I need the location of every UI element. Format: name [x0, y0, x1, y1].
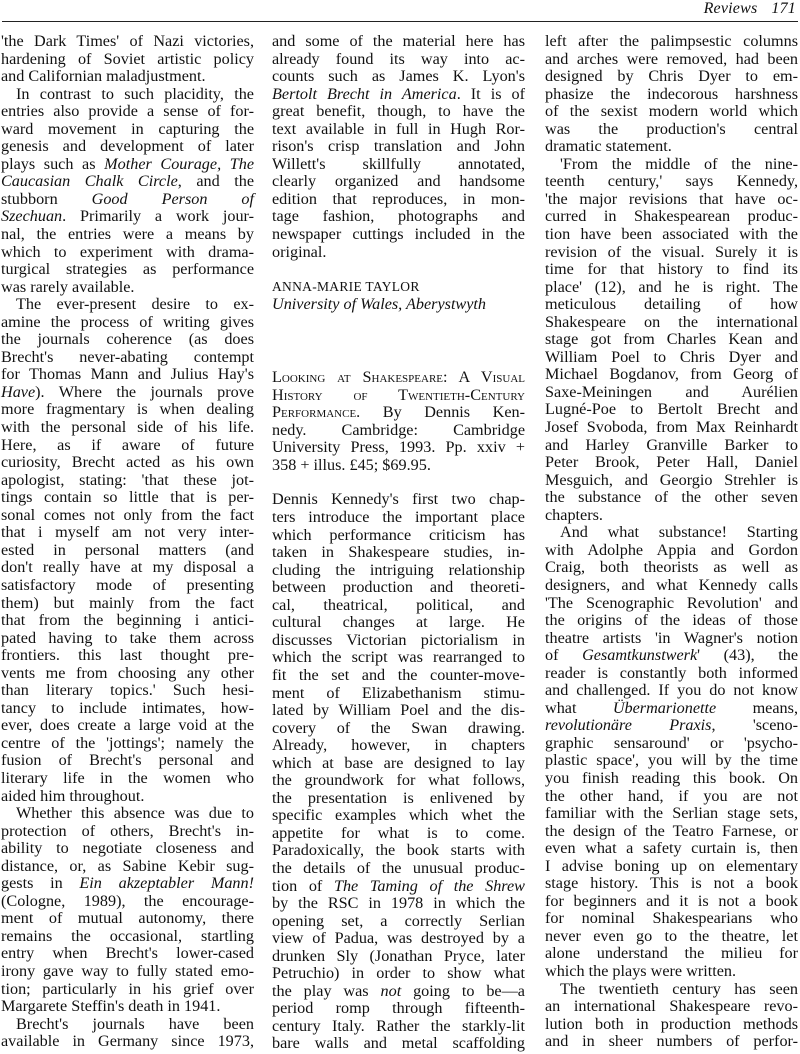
text-line: text available in full in Hugh Ror-	[272, 121, 525, 139]
emphasis: not	[381, 982, 402, 1000]
text-fragment: ). Where the journals prove	[35, 383, 254, 401]
text-line: Petruchio) in order to show what	[272, 965, 525, 983]
text-line: The twentieth century has seen	[545, 981, 798, 999]
text-line: them) but mainly from the fact	[1, 595, 254, 613]
text-line: discusses Victorian pictorialism in	[272, 632, 525, 650]
text-line: Dennis Kennedy's first two chap-	[272, 491, 525, 509]
text-line: the presentation is enlivened by	[272, 790, 525, 808]
text-line: Szechuan. Primarily a work jour-	[1, 208, 254, 226]
text-line: sonal comes not only from the fact	[1, 507, 254, 525]
foreign-term: revolutionäre Praxis	[545, 716, 711, 734]
text-line: In contrast to such placidity, the	[1, 86, 254, 104]
book-title-line: Looking at Shakespeare: A Visual	[272, 369, 525, 387]
play-title: The Taming of the Shrew	[334, 877, 525, 895]
text-line: entry when Brecht's lower-cased	[1, 945, 254, 963]
text-line: Craig, both theorists as well as	[545, 559, 798, 577]
text-line: graphic sensaround' or 'psycho-	[545, 735, 798, 753]
text-line: ability to negotiate closeness and	[1, 840, 254, 858]
book-title-line: Performance. By Dennis Ken-	[272, 404, 525, 422]
text-line: and Californian maladjustment.	[1, 68, 254, 86]
reviewer-name: ANNA-MARIE TAYLOR	[272, 278, 525, 296]
text-line: the design of the Teatro Farnese, or	[545, 823, 798, 841]
text-fragment: , and the	[178, 172, 254, 190]
text-line: Here, as if aware of future	[1, 437, 254, 455]
text-line: covery of the Swan drawing.	[272, 720, 525, 738]
text-line: nal, the entries were a means by	[1, 226, 254, 244]
text-line: amine the process of writing gives	[1, 314, 254, 332]
text-line: Saxe-Meiningen and Aurélien	[545, 384, 798, 402]
text-line: Paradoxically, the book starts with	[272, 842, 525, 860]
text-line: tage fashion, photographs and	[272, 208, 525, 226]
text-line: ward movement in capturing the	[1, 121, 254, 139]
text-line: which the plays were written.	[545, 963, 798, 981]
text-line: stubborn Good Person of	[1, 191, 254, 209]
text-fragment: . It is of	[457, 85, 525, 103]
text-line: what Übermarionette means,	[545, 700, 798, 718]
book-price: 358 + illus. £45; $69.95.	[272, 457, 525, 475]
book-title: Ein akzeptabler Mann!	[79, 874, 254, 892]
text-line: time for that history to find its	[545, 261, 798, 279]
text-line: plays such as Mother Courage, The	[1, 156, 254, 174]
text-line: curiosity, Brecht acted as his own	[1, 454, 254, 472]
text-line: for Thomas Mann and Julius Hay's	[1, 366, 254, 384]
text-line: Caucasian Chalk Circle, and the	[1, 173, 254, 191]
text-line: fusion of Brecht's personal and	[1, 752, 254, 770]
text-line: tancy to include intimates, how-	[1, 700, 254, 718]
text-line: Already, however, in chapters	[272, 737, 525, 755]
text-line: period romp through fifteenth-	[272, 1000, 525, 1018]
play-title: Szechuan	[1, 207, 62, 225]
text-line: clearly organized and handsome	[272, 173, 525, 191]
text-line: ment of Elizabethanism stimu-	[272, 685, 525, 703]
text-fragment: , 'sceno-	[711, 716, 798, 734]
text-line: appetite for what is to come.	[272, 825, 525, 843]
text-line: plastic space', you will by the time	[545, 752, 798, 770]
text-fragment: plays such as	[1, 155, 104, 173]
text-line: drunken Sly (Jonathan Pryce, later	[272, 948, 525, 966]
text-line: cluding the intriguing relationship	[272, 562, 525, 580]
text-line: the substance of the other seven	[545, 489, 798, 507]
text-line: with Adolphe Appia and Gordon	[545, 542, 798, 560]
text-line: the groundwork for what follows,	[272, 772, 525, 790]
text-line: fit the set and the counter-move-	[272, 667, 525, 685]
text-line: 'the Dark Times' of Nazi victories,	[1, 33, 254, 51]
text-line: Brecht's never-abating contempt	[1, 349, 254, 367]
book-title-fragment: Performance.	[272, 403, 360, 421]
text-line: Bertolt Brecht in America. It is of	[272, 86, 525, 104]
text-line: edition that reproduces, in mon-	[272, 191, 525, 209]
page-number: 171	[771, 0, 796, 17]
text-fragment: what	[545, 699, 613, 717]
text-line: and some of the material here has	[272, 33, 525, 51]
play-title: Good Person of	[92, 190, 254, 208]
text-line: the details of the unusual produc-	[272, 860, 525, 878]
play-title: Mother Courage, The	[104, 155, 254, 173]
text-line: 'From the middle of the nine-	[545, 156, 798, 174]
book-publisher: nedy. Cambridge: Cambridge	[272, 422, 525, 440]
book-title: Bertolt Brecht in America	[272, 85, 457, 103]
text-line: ters introduce the important place	[272, 509, 525, 527]
text-line: never even go to the theatre, let	[545, 928, 798, 946]
text-line: lution both in production methods	[545, 1016, 798, 1034]
text-line: theatre artists 'in Wagner's notion	[545, 630, 798, 648]
text-fragment: of	[545, 646, 582, 664]
text-line: stage history. This is not a book	[545, 875, 798, 893]
text-line: and arches were removed, had been	[545, 51, 798, 69]
text-line: don't really have at my disposal a	[1, 559, 254, 577]
text-line: centre of the 'jottings'; namely the	[1, 735, 254, 753]
text-line: Have). Where the journals prove	[1, 384, 254, 402]
text-line: teenth century,' says Kennedy,	[545, 173, 798, 191]
play-title: Have	[1, 383, 35, 401]
reviewer-affiliation: University of Wales, Aberystwyth	[272, 296, 525, 314]
text-line: the other hand, if you are not	[545, 788, 798, 806]
text-fragment: the play was	[272, 982, 381, 1000]
text-line: irony gave way to fully stated emo-	[1, 963, 254, 981]
text-line: century Italy. Rather the starkly-lit	[272, 1018, 525, 1036]
text-line: tion have been associated with the	[545, 226, 798, 244]
text-line: Josef Svoboda, from Max Reinhardt	[545, 419, 798, 437]
text-line: by the RSC in 1978 in which the	[272, 895, 525, 913]
text-line: than literary topics.' Such hesi-	[1, 682, 254, 700]
text-line: that from the beginning i antici-	[1, 612, 254, 630]
text-line: hardening of Soviet artistic policy	[1, 51, 254, 69]
text-line: Brecht's journals have been	[1, 1016, 254, 1034]
text-line: stage got from Charles Kean and	[545, 331, 798, 349]
text-line: Margarete Steffin's death in 1941.	[1, 998, 254, 1016]
text-line: dramatic statement.	[545, 138, 798, 156]
text-line: satisfactory mode of presenting	[1, 577, 254, 595]
text-line: which the script was rearranged to	[272, 649, 525, 667]
text-line: remains the occasional, startling	[1, 928, 254, 946]
text-line: place' (12), and he is right. The	[545, 279, 798, 297]
text-line: turgical strategies as performance	[1, 261, 254, 279]
text-line: newspaper cuttings included in the	[272, 226, 525, 244]
text-line: between production and theoreti-	[272, 579, 525, 597]
text-line: ment of mutual autonomy, there	[1, 910, 254, 928]
text-line: I advise boning up on elementary	[545, 858, 798, 876]
text-line: tion; particularly in his grief over	[1, 981, 254, 999]
text-line: distance, or, as Sabine Kebir sug-	[1, 858, 254, 876]
text-line: which at base are designed to lay	[272, 755, 525, 773]
text-line: vents me from choosing any other	[1, 665, 254, 683]
text-line: ested in personal matters (and	[1, 542, 254, 560]
text-line: left after the palimpsestic columns	[545, 33, 798, 51]
text-line: Whether this absence was due to	[1, 805, 254, 823]
text-fragment: going to be—a	[401, 982, 525, 1000]
book-publisher: University Press, 1993. Pp. xxiv +	[272, 439, 525, 457]
text-line: view of Padua, was destroyed by a	[272, 930, 525, 948]
text-line: even what a safety curtain is, then	[545, 840, 798, 858]
text-line: more fragmentary is when dealing	[1, 401, 254, 419]
text-fragment: tion of	[272, 877, 334, 895]
text-line: William Poel to Chris Dyer and	[545, 349, 798, 367]
text-line: aided him throughout.	[1, 788, 254, 806]
text-line: gests in Ein akzeptabler Mann!	[1, 875, 254, 893]
text-line: The ever-present desire to ex-	[1, 296, 254, 314]
text-line: great benefit, though, to have the	[272, 103, 525, 121]
text-line: already found its way into ac-	[272, 51, 525, 69]
text-line: ever, does create a large void at the	[1, 717, 254, 735]
book-title-line: History of Twentieth-Century	[272, 387, 525, 405]
text-line: that i myself am not very inter-	[1, 524, 254, 542]
text-line: for nominal Shakespearians who	[545, 910, 798, 928]
text-line: taken in Shakespeare studies, in-	[272, 544, 525, 562]
text-line: tings contain so little that is per-	[1, 489, 254, 507]
text-line: Mesguich, and Georgio Strehler is	[545, 472, 798, 490]
foreign-term: Gesamtkunstwerk	[582, 646, 697, 664]
text-line: frontiers. this last thought pre-	[1, 647, 254, 665]
text-line: was the production's central	[545, 121, 798, 139]
text-line: 'The Scenographic Revolution' and	[545, 595, 798, 613]
text-line: Shakespeare on the international	[545, 314, 798, 332]
text-fragment: means,	[716, 699, 798, 717]
text-line: revolutionäre Praxis, 'sceno-	[545, 717, 798, 735]
text-line: curred in Shakespearean produc-	[545, 208, 798, 226]
text-line: the origins of the ideas of those	[545, 612, 798, 630]
text-line: tion of The Taming of the Shrew	[272, 878, 525, 896]
text-fragment: . Primarily a work jour-	[62, 207, 254, 225]
review-body: Dennis Kennedy's first two chap- ters in…	[272, 491, 525, 1053]
text-line: And what substance! Starting	[545, 524, 798, 542]
text-line: designed by Chris Dyer to em-	[545, 68, 798, 86]
text-fragment: ' (43), the	[697, 646, 798, 664]
text-line: cultural changes at large. He	[272, 614, 525, 632]
book-author: By Dennis Ken-	[360, 403, 525, 421]
text-line: rison's crisp translation and John	[272, 138, 525, 156]
play-title: Caucasian Chalk Circle	[1, 172, 178, 190]
text-line: entries also provide a sense of for-	[1, 103, 254, 121]
text-line: pated having to take them across	[1, 630, 254, 648]
text-line: and Harley Granville Barker to	[545, 437, 798, 455]
text-line: you finish reading this book. On	[545, 770, 798, 788]
text-line: reader is constantly both informed	[545, 665, 798, 683]
text-line: cal, theatrical, political, and	[272, 597, 525, 615]
text-line: genesis and development of later	[1, 138, 254, 156]
column-3: left after the palimpsestic columns and …	[545, 33, 798, 1051]
text-line: Willett's skillfully annotated,	[272, 156, 525, 174]
text-line: familiar with the Serlian stage sets,	[545, 805, 798, 823]
running-head: Reviews171	[704, 0, 796, 18]
text-line: chapters.	[545, 507, 798, 525]
text-line: available in Germany since 1973,	[1, 1033, 254, 1051]
text-line: phasize the indecorous harshness	[545, 86, 798, 104]
text-line: counts such as James K. Lyon's	[272, 68, 525, 86]
book-heading: Looking at Shakespeare: A Visual History…	[272, 369, 525, 474]
text-line: with the personal side of his life.	[1, 419, 254, 437]
text-line: Peter Brook, Peter Hall, Daniel	[545, 454, 798, 472]
text-line: original.	[272, 244, 525, 262]
text-line: (Cologne, 1989), the encourage-	[1, 893, 254, 911]
section-title: Reviews	[704, 0, 758, 17]
text-line: which performance criticism has	[272, 527, 525, 545]
text-line: and challenged. If you do not know	[545, 682, 798, 700]
text-line: Lugné-Poe to Bertolt Brecht and	[545, 401, 798, 419]
text-line: which to experiment with drama-	[1, 244, 254, 262]
text-line: opening set, a correctly Serlian	[272, 913, 525, 931]
text-line: specific examples which whet the	[272, 807, 525, 825]
text-line: was rarely available.	[1, 279, 254, 297]
text-line: 'the major revisions that have oc-	[545, 191, 798, 209]
text-line: literary life in the women who	[1, 770, 254, 788]
text-fragment: stubborn	[1, 190, 58, 208]
text-line: and in sheer numbers of perfor-	[545, 1033, 798, 1051]
header-rule	[2, 21, 798, 22]
text-line: bare walls and metal scaffolding	[272, 1035, 525, 1053]
column-1: 'the Dark Times' of Nazi victories, hard…	[1, 33, 254, 1051]
text-line: revision of the visual. Surely it is	[545, 244, 798, 262]
text-line: of the sexist modern world which	[545, 103, 798, 121]
column-2: and some of the material here has alread…	[272, 33, 525, 1053]
text-line: the play was not going to be—a	[272, 983, 525, 1001]
text-fragment: gests in	[1, 874, 79, 892]
text-line: an international Shakespeare revo-	[545, 998, 798, 1016]
text-line: protection of others, Brecht's in-	[1, 823, 254, 841]
text-line: alone understand the milieu for	[545, 945, 798, 963]
text-line: Michael Bogdanov, from Georg of	[545, 366, 798, 384]
text-line: designers, and what Kennedy calls	[545, 577, 798, 595]
text-line: the journals coherence (as does	[1, 331, 254, 349]
text-line: lated by William Poel and the dis-	[272, 702, 525, 720]
text-line: meticulous detailing of how	[545, 296, 798, 314]
text-line: for beginners and it is not a book	[545, 893, 798, 911]
text-line: apologist, stating: 'that these jot-	[1, 472, 254, 490]
text-line: of Gesamtkunstwerk' (43), the	[545, 647, 798, 665]
foreign-term: Übermarionette	[613, 699, 716, 717]
